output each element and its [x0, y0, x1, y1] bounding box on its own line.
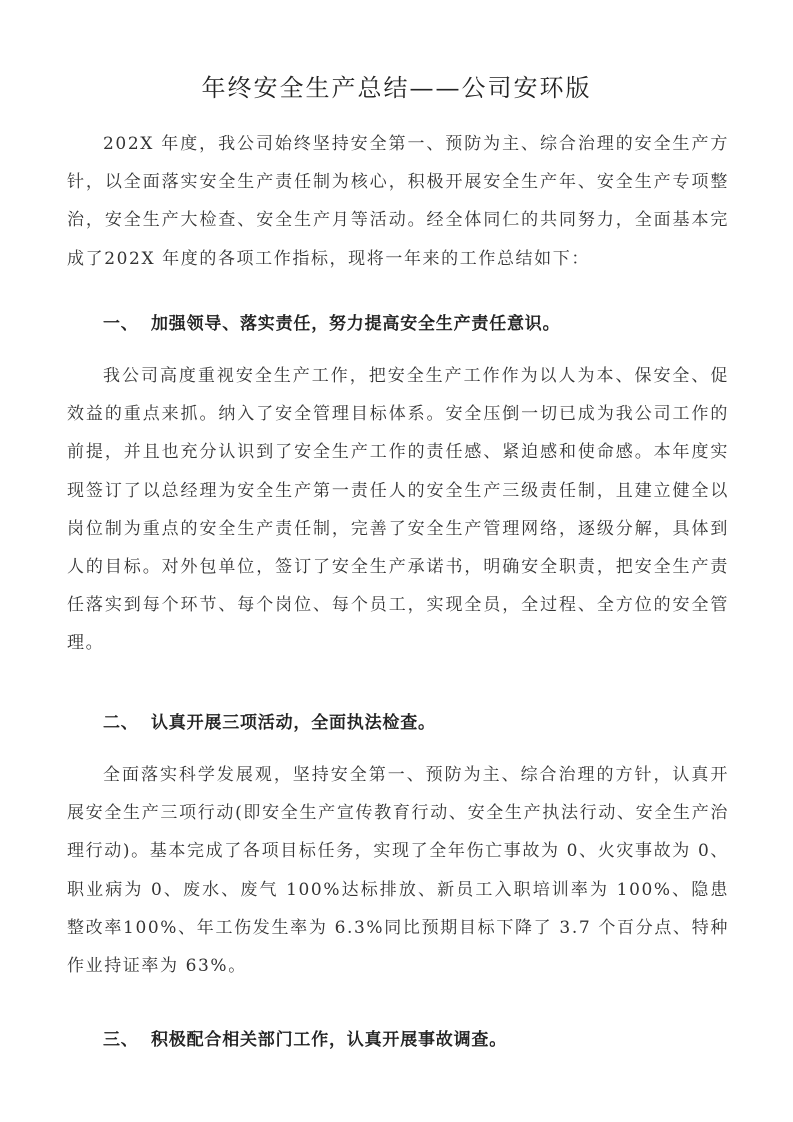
section-heading-text: 加强领导、落实责任，努力提高安全生产责任意识。: [151, 314, 560, 334]
section-paragraph-1: 我公司高度重视安全生产工作，把安全生产工作作为以人为本、保安全、促效益的重点来抓…: [67, 357, 729, 663]
section-heading-3: 三、积极配合相关部门工作，认真开展事故调查。: [103, 1025, 743, 1055]
section-paragraph-2: 全面落实科学发展观，坚持安全第一、预防为主、综合治理的方针，认真开展安全生产三项…: [67, 756, 729, 985]
section-number: 一、: [103, 309, 151, 339]
section-heading-1: 一、加强领导、落实责任，努力提高安全生产责任意识。: [103, 309, 743, 339]
section-heading-text: 认真开展三项活动，全面执法检查。: [151, 713, 436, 733]
intro-paragraph: 202X 年度，我公司始终坚持安全第一、预防为主、综合治理的安全生产方针，以全面…: [67, 125, 729, 278]
document-page: 年终安全生产总结——公司安环版 202X 年度，我公司始终坚持安全第一、预防为主…: [0, 0, 793, 1122]
section-number: 二、: [103, 708, 151, 738]
section-heading-2: 二、认真开展三项活动，全面执法检查。: [103, 708, 743, 738]
section-heading-text: 积极配合相关部门工作，认真开展事故调查。: [151, 1030, 507, 1050]
document-title: 年终安全生产总结——公司安环版: [0, 70, 793, 106]
section-number: 三、: [103, 1025, 151, 1055]
